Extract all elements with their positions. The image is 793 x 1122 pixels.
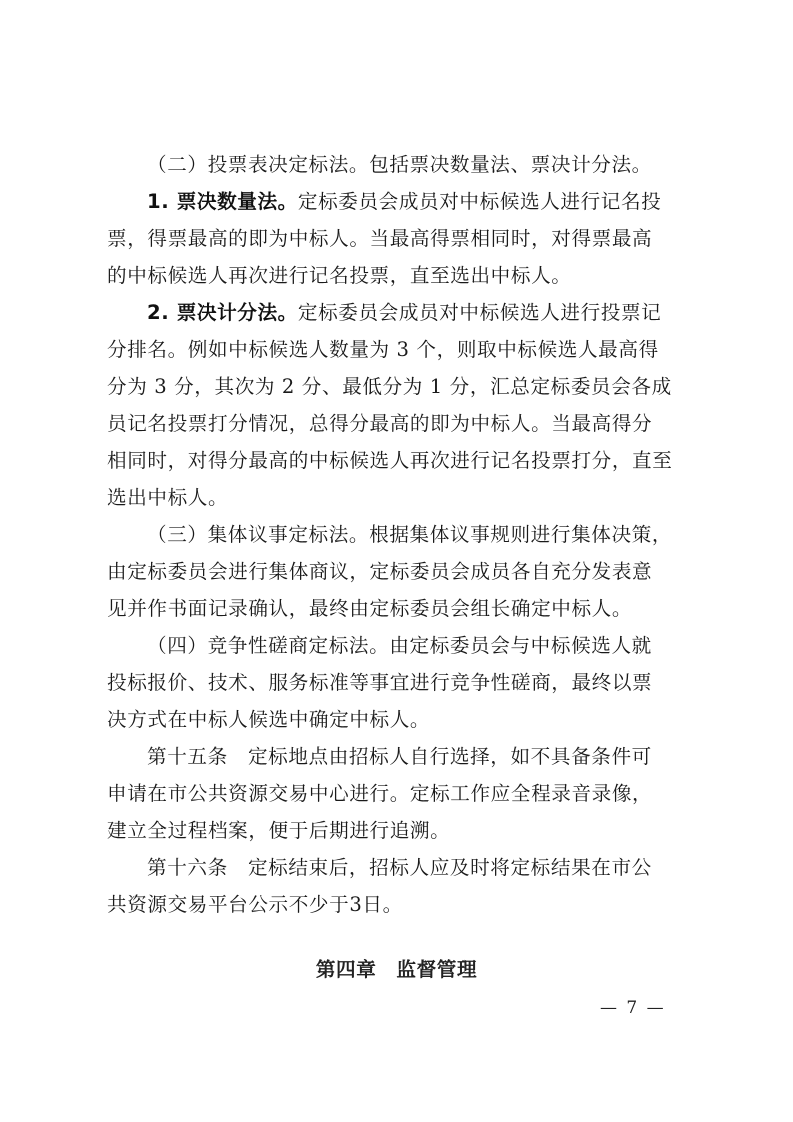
text-line: 员记名投票打分情况，总得分最高的即为中标人。当最高得分 xyxy=(107,412,652,435)
text-line: 第十六条 定标结束后，招标人应及时将定标结果在市公 xyxy=(147,856,652,879)
text-line: 由定标委员会进行集体商议，定标委员会成员各自充分发表意 xyxy=(107,560,652,583)
paragraph-article-16: 第十六条 定标结束后，招标人应及时将定标结果在市公 共资源交易平台公示不少于3日… xyxy=(107,849,673,923)
text-line: 定标委员会成员对中标候选人进行记名投 xyxy=(298,190,662,213)
text-line: 共资源交易平台公示不少于3日。 xyxy=(107,893,403,916)
text-line: 票，得票最高的即为中标人。当最高得票相同时，对得票最高 xyxy=(107,227,652,250)
paragraph-collective: （三）集体议事定标法。根据集体议事规则进行集体决策， 由定标委员会进行集体商议，… xyxy=(107,516,673,627)
chapter-heading: 第四章监督管理 xyxy=(0,953,793,982)
text-line: （二）投票表决定标法。包括票决数量法、票决计分法。 xyxy=(147,153,652,176)
text-line: （三）集体议事定标法。根据集体议事规则进行集体决策， xyxy=(147,523,672,546)
text-line: 分排名。例如中标候选人数量为 3 个，则取中标候选人最高得 xyxy=(107,338,659,361)
text-line: （四）竞争性磋商定标法。由定标委员会与中标候选人就 xyxy=(147,634,652,657)
paragraph-article-15: 第十五条 定标地点由招标人自行选择，如不具备条件可 申请在市公共资源交易中心进行… xyxy=(107,738,673,849)
text-line: 定标委员会成员对中标候选人进行投票记 xyxy=(298,301,662,324)
paragraph-competitive: （四）竞争性磋商定标法。由定标委员会与中标候选人就 投标报价、技术、服务标准等事… xyxy=(107,627,673,738)
text-line: 投标报价、技术、服务标准等事宜进行竞争性磋商，最终以票 xyxy=(107,671,652,694)
text-line: 申请在市公共资源交易中心进行。定标工作应全程录音录像， xyxy=(107,782,652,805)
text-line: 决方式在中标人候选中确定中标人。 xyxy=(107,708,430,731)
document-body: （二）投票表决定标法。包括票决数量法、票决计分法。 1. 票决数量法。定标委员会… xyxy=(107,146,673,923)
chapter-title: 监督管理 xyxy=(396,958,477,981)
text-line: 相同时，对得分最高的中标候选人再次进行记名投票打分，直至 xyxy=(107,449,672,472)
text-line: 分为 3 分，其次为 2 分、最低分为 1 分，汇总定标委员会各成 xyxy=(107,375,672,398)
text-line: 选出中标人。 xyxy=(107,486,228,509)
clause-heading: 1. 票决数量法。 xyxy=(147,190,298,213)
text-line: 的中标候选人再次进行记名投票，直至选出中标人。 xyxy=(107,264,571,287)
paragraph-vote-count: 1. 票决数量法。定标委员会成员对中标候选人进行记名投 票，得票最高的即为中标人… xyxy=(107,183,673,294)
page-number: — 7 — xyxy=(600,998,666,1018)
chapter-number: 第四章 xyxy=(316,958,377,981)
text-line: 见并作书面记录确认，最终由定标委员会组长确定中标人。 xyxy=(107,597,632,620)
text-line: 建立全过程档案，便于后期进行追溯。 xyxy=(107,819,450,842)
clause-heading: 2. 票决计分法。 xyxy=(147,301,298,324)
paragraph-method-2-intro: （二）投票表决定标法。包括票决数量法、票决计分法。 xyxy=(107,146,673,183)
paragraph-vote-score: 2. 票决计分法。定标委员会成员对中标候选人进行投票记 分排名。例如中标候选人数… xyxy=(107,294,673,516)
text-line: 第十五条 定标地点由招标人自行选择，如不具备条件可 xyxy=(147,745,652,768)
